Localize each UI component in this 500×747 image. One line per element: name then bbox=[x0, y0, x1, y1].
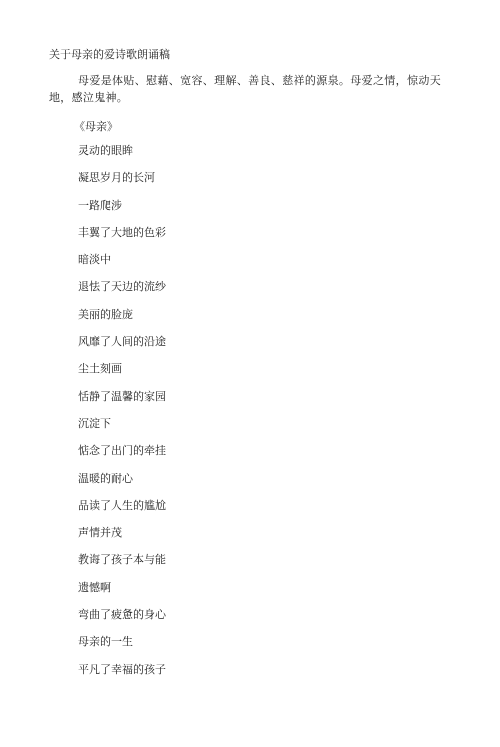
poem-line: 恬静了温馨的家园 bbox=[78, 389, 166, 416]
poem-line: 美丽的脸庞 bbox=[78, 307, 166, 334]
poem-line: 品读了人生的尴尬 bbox=[78, 498, 166, 525]
poem-line: 一路爬涉 bbox=[78, 198, 166, 225]
poem-line: 退怯了天边的流纱 bbox=[78, 279, 166, 306]
poem-line: 温暖的耐心 bbox=[78, 471, 166, 498]
poem-line: 沉淀下 bbox=[78, 416, 166, 443]
poem-line: 遗憾啊 bbox=[78, 580, 166, 607]
poem-line: 母亲的一生 bbox=[78, 634, 166, 661]
poem-line: 凝思岁月的长河 bbox=[78, 170, 166, 197]
intro-paragraph: 母爱是体贴、慰藉、宽容、理解、善良、慈祥的源泉。母爱之情，惊动天 地，感泣鬼神。 bbox=[49, 72, 441, 106]
document-title: 关于母亲的爱诗歌朗诵稿 bbox=[49, 47, 170, 63]
poem-line: 灵动的眼眸 bbox=[78, 143, 166, 170]
poem-line: 尘土刻画 bbox=[78, 361, 166, 388]
poem-lines: 灵动的眼眸 凝思岁月的长河 一路爬涉 丰翼了大地的色彩 暗淡中 退怯了天边的流纱… bbox=[78, 143, 166, 689]
poem-title: 《母亲》 bbox=[74, 119, 118, 135]
poem-line: 暗淡中 bbox=[78, 252, 166, 279]
poem-line: 教诲了孩子本与能 bbox=[78, 552, 166, 579]
poem-line: 声情并茂 bbox=[78, 525, 166, 552]
document-page: 关于母亲的爱诗歌朗诵稿 母爱是体贴、慰藉、宽容、理解、善良、慈祥的源泉。母爱之情… bbox=[0, 0, 500, 747]
poem-line: 丰翼了大地的色彩 bbox=[78, 225, 166, 252]
poem-line: 惦念了出门的牵挂 bbox=[78, 443, 166, 470]
poem-line: 弯曲了疲惫的身心 bbox=[78, 607, 166, 634]
poem-line: 风靡了人间的沿途 bbox=[78, 334, 166, 361]
poem-line: 平凡了幸福的孩子 bbox=[78, 662, 166, 689]
